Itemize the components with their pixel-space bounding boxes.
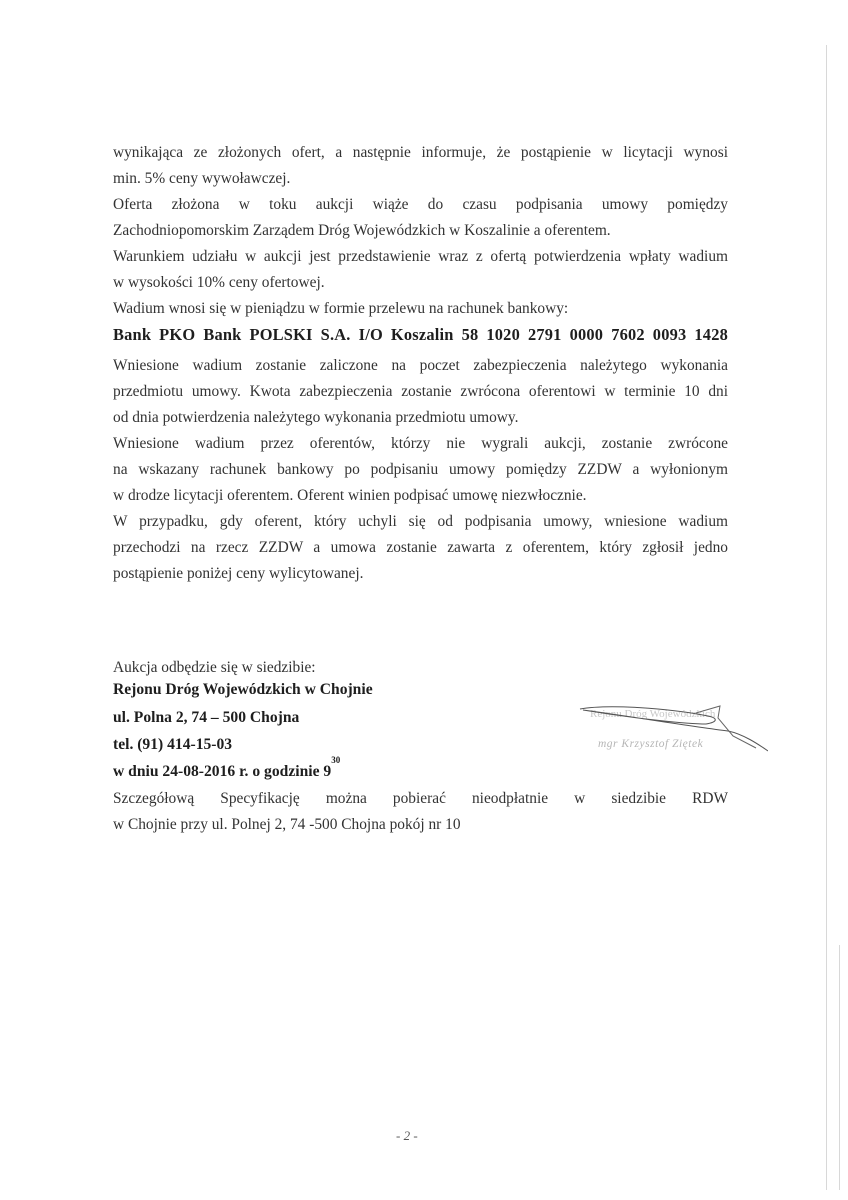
- document-page: wynikająca ze złożonych ofert, a następn…: [0, 0, 848, 1200]
- paragraph-line: w wysokości 10% ceny ofertowej.: [113, 273, 728, 293]
- spec-line: Szczegółową Specyfikację można pobierać …: [113, 789, 728, 809]
- bank-account: Bank PKO Bank POLSKI S.A. I/O Koszalin 5…: [113, 325, 728, 345]
- paragraph-line: przedmiotu umowy. Kwota zabezpieczenia z…: [113, 382, 728, 402]
- spec-line: w Chojnie przy ul. Polnej 2, 74 -500 Cho…: [113, 815, 728, 835]
- signature-icon: [568, 686, 768, 766]
- venue-intro: Aukcja odbędzie się w siedzibie:: [113, 658, 728, 678]
- paragraph-line: Oferta złożona w toku aukcji wiąże do cz…: [113, 195, 728, 215]
- paragraph-line: Zachodniopomorskim Zarządem Dróg Wojewód…: [113, 221, 728, 241]
- paragraph-line: wynikająca ze złożonych ofert, a następn…: [113, 143, 728, 163]
- auction-time-minutes: 30: [331, 755, 340, 765]
- paragraph-line: przechodzi na rzecz ZZDW a umowa zostani…: [113, 538, 728, 558]
- paragraph-line: Wniesione wadium przez oferentów, którzy…: [113, 434, 728, 454]
- scan-edge-line: [826, 45, 827, 1190]
- paragraph-line: postąpienie poniżej ceny wylicytowanej.: [113, 564, 728, 584]
- paragraph-line: Wniesione wadium zostanie zaliczone na p…: [113, 356, 728, 376]
- paragraph-line: W przypadku, gdy oferent, który uchyli s…: [113, 512, 728, 532]
- paragraph-line: min. 5% ceny wywoławczej.: [113, 169, 728, 189]
- paragraph-line: Warunkiem udziału w aukcji jest przedsta…: [113, 247, 728, 267]
- paragraph-line: w drodze licytacji oferentem. Oferent wi…: [113, 486, 728, 506]
- paragraph-line: na wskazany rachunek bankowy po podpisan…: [113, 460, 728, 480]
- scan-edge-line: [839, 945, 840, 1190]
- page-number: - 2 -: [396, 1128, 418, 1144]
- paragraph-line: od dnia potwierdzenia należytego wykonan…: [113, 408, 728, 428]
- paragraph-line: Wadium wnosi się w pieniądzu w formie pr…: [113, 299, 728, 319]
- auction-date: w dniu 24-08-2016 r. o godzinie 9: [113, 763, 331, 780]
